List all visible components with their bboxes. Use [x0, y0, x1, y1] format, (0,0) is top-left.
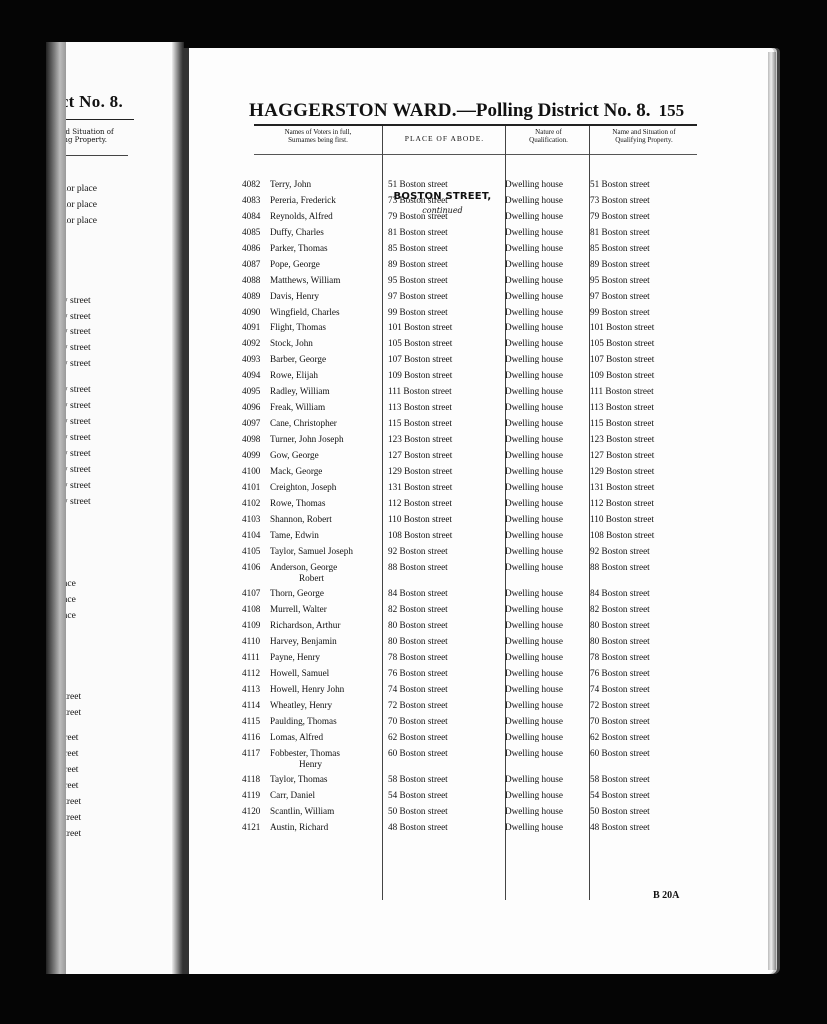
- district-title: —Polling District No. 8.: [457, 100, 651, 121]
- place-of-abode: 89 Boston street: [388, 259, 448, 269]
- nature-of-qualification: Dwelling house: [505, 354, 563, 364]
- voter-name: Barber, George: [270, 354, 326, 364]
- nature-of-qualification: Dwelling house: [505, 402, 563, 412]
- voter-name: Rowe, Thomas: [270, 498, 325, 508]
- qualifying-property: 113 Boston street: [590, 402, 654, 412]
- voter-name: Wheatley, Henry: [270, 700, 332, 710]
- voter-number: 4115: [242, 716, 270, 726]
- voter-number: 4109: [242, 620, 270, 630]
- header-rule-2: [254, 154, 697, 155]
- qualifying-property: 127 Boston street: [590, 450, 654, 460]
- nature-of-qualification: Dwelling house: [505, 716, 563, 726]
- voter-number: 4120: [242, 806, 270, 816]
- voter-number: 4096: [242, 402, 270, 412]
- column-header-nature: Nature of Qualification.: [507, 128, 590, 144]
- qualifying-property: 76 Boston street: [590, 668, 650, 678]
- qualifying-property: 54 Boston street: [590, 790, 650, 800]
- voter-number: 4110: [242, 636, 270, 646]
- voter-number: 4083: [242, 195, 270, 205]
- voter-name: Paulding, Thomas: [270, 716, 337, 726]
- voter-name: Stock, John: [270, 338, 313, 348]
- place-of-abode: 107 Boston street: [388, 354, 452, 364]
- place-of-abode: 95 Boston street: [388, 275, 448, 285]
- voter-name: Richardson, Arthur: [270, 620, 340, 630]
- voter-number: 4118: [242, 774, 270, 784]
- qualifying-property: 72 Boston street: [590, 700, 650, 710]
- qualifying-property: 84 Boston street: [590, 588, 650, 598]
- nature-of-qualification: Dwelling house: [505, 546, 563, 556]
- place-of-abode: 131 Boston street: [388, 482, 452, 492]
- qualifying-property: 85 Boston street: [590, 243, 650, 253]
- place-of-abode: 85 Boston street: [388, 243, 448, 253]
- place-of-abode: 101 Boston street: [388, 322, 452, 332]
- voter-number: 4119: [242, 790, 270, 800]
- voter-number: 4103: [242, 514, 270, 524]
- place-of-abode: 88 Boston street: [388, 562, 448, 572]
- place-of-abode: 97 Boston street: [388, 291, 448, 301]
- voter-name: Payne, Henry: [270, 652, 320, 662]
- place-of-abode: 81 Boston street: [388, 227, 448, 237]
- voter-number: 4086: [242, 243, 270, 253]
- voter-number: 4102: [242, 498, 270, 508]
- voter-name: Matthews, William: [270, 275, 340, 285]
- page-number: 155: [659, 101, 685, 120]
- qualifying-property: 108 Boston street: [590, 530, 654, 540]
- place-of-abode: 108 Boston street: [388, 530, 452, 540]
- voter-name: Wingfield, Charles: [270, 307, 340, 317]
- voter-number: 4100: [242, 466, 270, 476]
- voter-name: Pereria, Frederick: [270, 195, 336, 205]
- voter-number: 4089: [242, 291, 270, 301]
- place-of-abode: 78 Boston street: [388, 652, 448, 662]
- nature-of-qualification: Dwelling house: [505, 790, 563, 800]
- voter-number: 4104: [242, 530, 270, 540]
- qualifying-property: 109 Boston street: [590, 370, 654, 380]
- voter-number: 4105: [242, 546, 270, 556]
- voter-number: 4116: [242, 732, 270, 742]
- place-of-abode: 113 Boston street: [388, 402, 452, 412]
- nature-of-qualification: Dwelling house: [505, 307, 563, 317]
- place-of-abode: 111 Boston street: [388, 386, 452, 396]
- nature-of-qualification: Dwelling house: [505, 636, 563, 646]
- voter-number: 4099: [242, 450, 270, 460]
- place-of-abode: 84 Boston street: [388, 588, 448, 598]
- place-of-abode: 48 Boston street: [388, 822, 448, 832]
- qualifying-property: 81 Boston street: [590, 227, 650, 237]
- voter-number: 4090: [242, 307, 270, 317]
- nature-of-qualification: Dwelling house: [505, 466, 563, 476]
- voter-number: 4085: [242, 227, 270, 237]
- place-of-abode: 79 Boston street: [388, 211, 448, 221]
- nature-of-qualification: Dwelling house: [505, 822, 563, 832]
- nature-of-qualification: Dwelling house: [505, 482, 563, 492]
- place-of-abode: 60 Boston street: [388, 748, 448, 758]
- voter-number: 4095: [242, 386, 270, 396]
- voter-name: Pope, George: [270, 259, 320, 269]
- place-of-abode: 80 Boston street: [388, 620, 448, 630]
- place-of-abode: 76 Boston street: [388, 668, 448, 678]
- voter-name: Terry, John: [270, 179, 311, 189]
- place-of-abode: 73 Boston street: [388, 195, 448, 205]
- nature-of-qualification: Dwelling house: [505, 668, 563, 678]
- nature-of-qualification: Dwelling house: [505, 275, 563, 285]
- nature-of-qualification: Dwelling house: [505, 684, 563, 694]
- printer-signature: B 20A: [653, 890, 679, 901]
- place-of-abode: 105 Boston street: [388, 338, 452, 348]
- voter-name: Taylor, Thomas: [270, 774, 328, 784]
- left-page-fragment: trict No. 8. ne and Situation of alifyin…: [46, 42, 184, 974]
- nature-of-qualification: Dwelling house: [505, 211, 563, 221]
- nature-of-qualification: Dwelling house: [505, 514, 563, 524]
- register-page: HAGGERSTON WARD.—Polling District No. 8.…: [183, 48, 774, 974]
- qualifying-property: 99 Boston street: [590, 307, 650, 317]
- voter-name: Carr, Daniel: [270, 790, 315, 800]
- qualifying-property: 60 Boston street: [590, 748, 650, 758]
- place-of-abode: 70 Boston street: [388, 716, 448, 726]
- voter-name: Thorn, George: [270, 588, 324, 598]
- place-of-abode: 58 Boston street: [388, 774, 448, 784]
- nature-of-qualification: Dwelling house: [505, 700, 563, 710]
- voter-number: 4097: [242, 418, 270, 428]
- place-of-abode: 82 Boston street: [388, 604, 448, 614]
- qualifying-property: 48 Boston street: [590, 822, 650, 832]
- voter-name: Harvey, Benjamin: [270, 636, 337, 646]
- nature-of-qualification: Dwelling house: [505, 620, 563, 630]
- nature-of-qualification: Dwelling house: [505, 588, 563, 598]
- place-of-abode: 123 Boston street: [388, 434, 452, 444]
- qualifying-property: 70 Boston street: [590, 716, 650, 726]
- qualifying-property: 82 Boston street: [590, 604, 650, 614]
- qualifying-property: 51 Boston street: [590, 179, 650, 189]
- qualifying-property: 80 Boston street: [590, 636, 650, 646]
- qualifying-property: 131 Boston street: [590, 482, 654, 492]
- voter-name: Scantlin, William: [270, 806, 334, 816]
- nature-of-qualification: Dwelling house: [505, 418, 563, 428]
- nature-of-qualification: Dwelling house: [505, 562, 563, 572]
- place-of-abode: 92 Boston street: [388, 546, 448, 556]
- place-of-abode: 54 Boston street: [388, 790, 448, 800]
- nature-of-qualification: Dwelling house: [505, 806, 563, 816]
- qualifying-property: 89 Boston street: [590, 259, 650, 269]
- nature-of-qualification: Dwelling house: [505, 434, 563, 444]
- nature-of-qualification: Dwelling house: [505, 386, 563, 396]
- column-header-names: Names of Voters in full, Surnames being …: [254, 128, 382, 144]
- voter-number: 4121: [242, 822, 270, 832]
- place-of-abode: 127 Boston street: [388, 450, 452, 460]
- nature-of-qualification: Dwelling house: [505, 370, 563, 380]
- qualifying-property: 105 Boston street: [590, 338, 654, 348]
- voter-name: Gow, George: [270, 450, 319, 460]
- voter-name: Taylor, Samuel Joseph: [270, 546, 353, 556]
- place-of-abode: 110 Boston street: [388, 514, 452, 524]
- voter-name: Freak, William: [270, 402, 325, 412]
- column-headers: Names of Voters in full, Surnames being …: [254, 128, 697, 154]
- place-of-abode: 99 Boston street: [388, 307, 448, 317]
- place-of-abode: 80 Boston street: [388, 636, 448, 646]
- nature-of-qualification: Dwelling house: [505, 732, 563, 742]
- header-rule: [254, 124, 697, 126]
- place-of-abode: 74 Boston street: [388, 684, 448, 694]
- place-of-abode: 129 Boston street: [388, 466, 452, 476]
- nature-of-qualification: Dwelling house: [505, 530, 563, 540]
- qualifying-property: 111 Boston street: [590, 386, 654, 396]
- voter-number: 4098: [242, 434, 270, 444]
- column-header-place: PLACE OF ABODE.: [382, 135, 507, 143]
- voter-name: Rowe, Elijah: [270, 370, 318, 380]
- column-header-property: Name and Situation of Qualifying Propert…: [590, 128, 698, 144]
- voter-name: Howell, Henry John: [270, 684, 344, 694]
- voter-number: 4107: [242, 588, 270, 598]
- voter-name: Reynolds, Alfred: [270, 211, 333, 221]
- nature-of-qualification: Dwelling house: [505, 450, 563, 460]
- voter-number: 4091: [242, 322, 270, 332]
- voter-name: Austin, Richard: [270, 822, 328, 832]
- voter-name: Turner, John Joseph: [270, 434, 344, 444]
- page-header: HAGGERSTON WARD.—Polling District No. 8.…: [249, 100, 709, 122]
- voter-name: Parker, Thomas: [270, 243, 328, 253]
- voter-number: 4117: [242, 748, 270, 758]
- voter-name: Howell, Samuel: [270, 668, 329, 678]
- nature-of-qualification: Dwelling house: [505, 652, 563, 662]
- voter-number: 4094: [242, 370, 270, 380]
- voter-name: Tame, Edwin: [270, 530, 319, 540]
- nature-of-qualification: Dwelling house: [505, 259, 563, 269]
- qualifying-property: 112 Boston street: [590, 498, 654, 508]
- voter-name: Cane, Christopher: [270, 418, 337, 428]
- place-of-abode: 51 Boston street: [388, 179, 448, 189]
- nature-of-qualification: Dwelling house: [505, 748, 563, 758]
- qualifying-property: 58 Boston street: [590, 774, 650, 784]
- qualifying-property: 115 Boston street: [590, 418, 654, 428]
- voter-name: Davis, Henry: [270, 291, 319, 301]
- voter-number: 4101: [242, 482, 270, 492]
- qualifying-property: 79 Boston street: [590, 211, 650, 221]
- page-edge: [768, 52, 776, 970]
- nature-of-qualification: Dwelling house: [505, 604, 563, 614]
- place-of-abode: 62 Boston street: [388, 732, 448, 742]
- voter-name: Lomas, Alfred: [270, 732, 323, 742]
- voter-name: Radley, William: [270, 386, 330, 396]
- nature-of-qualification: Dwelling house: [505, 498, 563, 508]
- qualifying-property: 62 Boston street: [590, 732, 650, 742]
- voter-number: 4093: [242, 354, 270, 364]
- voter-name: Murrell, Walter: [270, 604, 327, 614]
- nature-of-qualification: Dwelling house: [505, 179, 563, 189]
- voter-number: 4088: [242, 275, 270, 285]
- voter-name: Flight, Thomas: [270, 322, 326, 332]
- place-of-abode: 115 Boston street: [388, 418, 452, 428]
- voter-number: 4082: [242, 179, 270, 189]
- qualifying-property: 95 Boston street: [590, 275, 650, 285]
- voter-name-continued: Henry: [299, 759, 322, 769]
- place-of-abode: 112 Boston street: [388, 498, 452, 508]
- qualifying-property: 101 Boston street: [590, 322, 654, 332]
- voter-name: Creighton, Joseph: [270, 482, 336, 492]
- column-divider-1: [382, 126, 383, 900]
- voter-number: 4112: [242, 668, 270, 678]
- nature-of-qualification: Dwelling house: [505, 774, 563, 784]
- qualifying-property: 73 Boston street: [590, 195, 650, 205]
- voter-name: Shannon, Robert: [270, 514, 332, 524]
- voter-number: 4087: [242, 259, 270, 269]
- qualifying-property: 74 Boston street: [590, 684, 650, 694]
- voter-number: 4111: [242, 652, 270, 662]
- qualifying-property: 80 Boston street: [590, 620, 650, 630]
- qualifying-property: 88 Boston street: [590, 562, 650, 572]
- voter-number: 4114: [242, 700, 270, 710]
- voter-name: Anderson, George: [270, 562, 337, 572]
- nature-of-qualification: Dwelling house: [505, 195, 563, 205]
- left-gutter-shadow: [46, 42, 66, 974]
- nature-of-qualification: Dwelling house: [505, 227, 563, 237]
- voter-number: 4106: [242, 562, 270, 572]
- qualifying-property: 97 Boston street: [590, 291, 650, 301]
- qualifying-property: 78 Boston street: [590, 652, 650, 662]
- nature-of-qualification: Dwelling house: [505, 322, 563, 332]
- place-of-abode: 50 Boston street: [388, 806, 448, 816]
- nature-of-qualification: Dwelling house: [505, 243, 563, 253]
- qualifying-property: 123 Boston street: [590, 434, 654, 444]
- voter-name: Mack, George: [270, 466, 322, 476]
- nature-of-qualification: Dwelling house: [505, 338, 563, 348]
- voter-number: 4113: [242, 684, 270, 694]
- qualifying-property: 110 Boston street: [590, 514, 654, 524]
- qualifying-property: 92 Boston street: [590, 546, 650, 556]
- qualifying-property: 50 Boston street: [590, 806, 650, 816]
- voter-name: Fobbester, Thomas: [270, 748, 340, 758]
- voter-number: 4092: [242, 338, 270, 348]
- nature-of-qualification: Dwelling house: [505, 291, 563, 301]
- ward-title: HAGGERSTON WARD.: [249, 100, 457, 121]
- voter-number: 4084: [242, 211, 270, 221]
- voter-name-continued: Robert: [299, 573, 324, 583]
- voter-number: 4108: [242, 604, 270, 614]
- place-of-abode: 109 Boston street: [388, 370, 452, 380]
- qualifying-property: 129 Boston street: [590, 466, 654, 476]
- qualifying-property: 107 Boston street: [590, 354, 654, 364]
- place-of-abode: 72 Boston street: [388, 700, 448, 710]
- voter-name: Duffy, Charles: [270, 227, 324, 237]
